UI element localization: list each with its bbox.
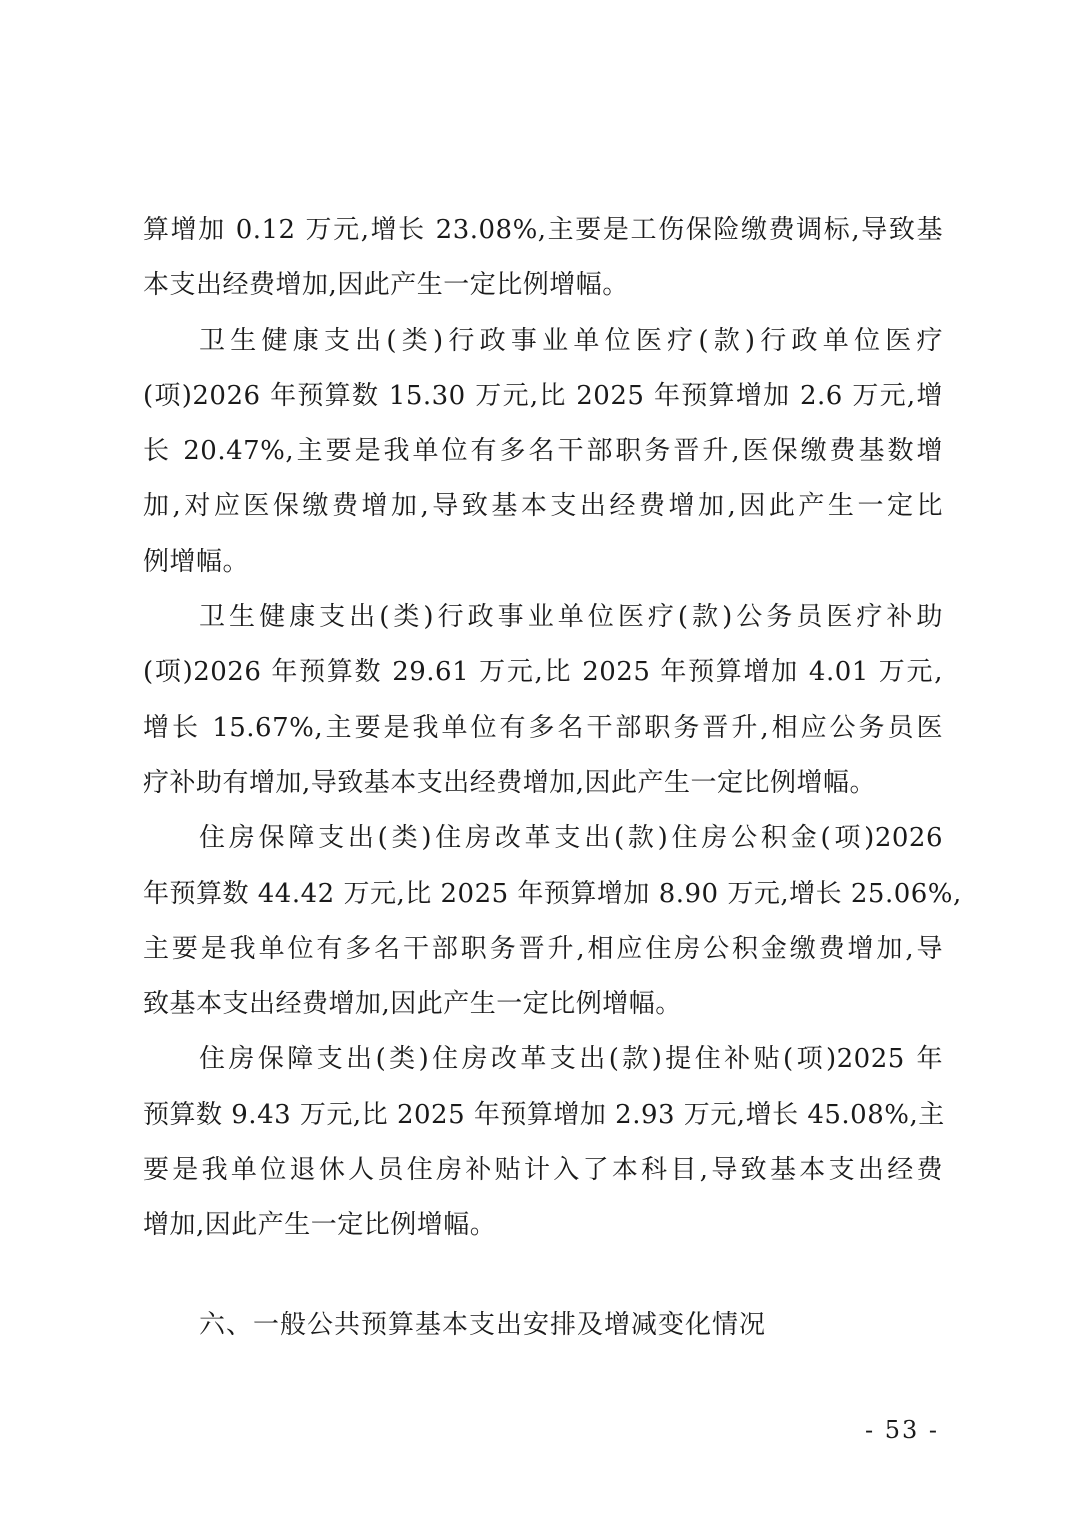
paragraph-housing-subsidy: 住房保障支出(类)住房改革支出(款)提住补贴(项)2025 年 预算数 9.43… — [143, 1032, 943, 1253]
text-line: 卫生健康支出(类)行政事业单位医疗(款)行政单位医疗 — [143, 314, 943, 369]
document-page: 算增加 0.12 万元,增长 23.08%,主要是工伤保险缴费调标,导致基 本支… — [0, 0, 1074, 1520]
paragraph-housing-provident-fund: 住房保障支出(类)住房改革支出(款)住房公积金(项)2026 年预算数 44.4… — [143, 811, 943, 1032]
paragraph-work-injury-insurance: 算增加 0.12 万元,增长 23.08%,主要是工伤保险缴费调标,导致基 本支… — [143, 203, 943, 314]
text-line: (项)2026 年预算数 29.61 万元,比 2025 年预算增加 4.01 … — [143, 645, 943, 700]
text-line: 例增幅。 — [143, 535, 943, 590]
text-line: 要是我单位退休人员住房补贴计入了本科目,导致基本支出经费 — [143, 1143, 943, 1198]
section-heading: 六、一般公共预算基本支出安排及增减变化情况 — [199, 1298, 766, 1353]
text-line: (项)2026 年预算数 15.30 万元,比 2025 年预算增加 2.6 万… — [143, 369, 943, 424]
text-line: 本支出经费增加,因此产生一定比例增幅。 — [143, 258, 943, 313]
page-number: - 53 - — [865, 1410, 939, 1450]
text-line: 增长 15.67%,主要是我单位有多名干部职务晋升,相应公务员医 — [143, 701, 943, 756]
text-line: 加,对应医保缴费增加,导致基本支出经费增加,因此产生一定比 — [143, 479, 943, 534]
text-line: 长 20.47%,主要是我单位有多名干部职务晋升,医保缴费基数增 — [143, 424, 943, 479]
text-line: 卫生健康支出(类)行政事业单位医疗(款)公务员医疗补助 — [143, 590, 943, 645]
paragraph-administrative-medical: 卫生健康支出(类)行政事业单位医疗(款)行政单位医疗 (项)2026 年预算数 … — [143, 314, 943, 590]
paragraph-civil-servant-medical-subsidy: 卫生健康支出(类)行政事业单位医疗(款)公务员医疗补助 (项)2026 年预算数… — [143, 590, 943, 811]
document-body: 算增加 0.12 万元,增长 23.08%,主要是工伤保险缴费调标,导致基 本支… — [143, 203, 943, 1254]
text-line: 主要是我单位有多名干部职务晋升,相应住房公积金缴费增加,导 — [143, 922, 943, 977]
text-line: 增加,因此产生一定比例增幅。 — [143, 1198, 943, 1253]
text-line: 住房保障支出(类)住房改革支出(款)住房公积金(项)2026 — [143, 811, 943, 866]
text-line: 致基本支出经费增加,因此产生一定比例增幅。 — [143, 977, 943, 1032]
text-line: 算增加 0.12 万元,增长 23.08%,主要是工伤保险缴费调标,导致基 — [143, 203, 943, 258]
text-line: 预算数 9.43 万元,比 2025 年预算增加 2.93 万元,增长 45.0… — [143, 1088, 943, 1143]
text-line: 疗补助有增加,导致基本支出经费增加,因此产生一定比例增幅。 — [143, 756, 943, 811]
text-line: 年预算数 44.42 万元,比 2025 年预算增加 8.90 万元,增长 25… — [143, 867, 943, 922]
text-line: 住房保障支出(类)住房改革支出(款)提住补贴(项)2025 年 — [143, 1032, 943, 1087]
